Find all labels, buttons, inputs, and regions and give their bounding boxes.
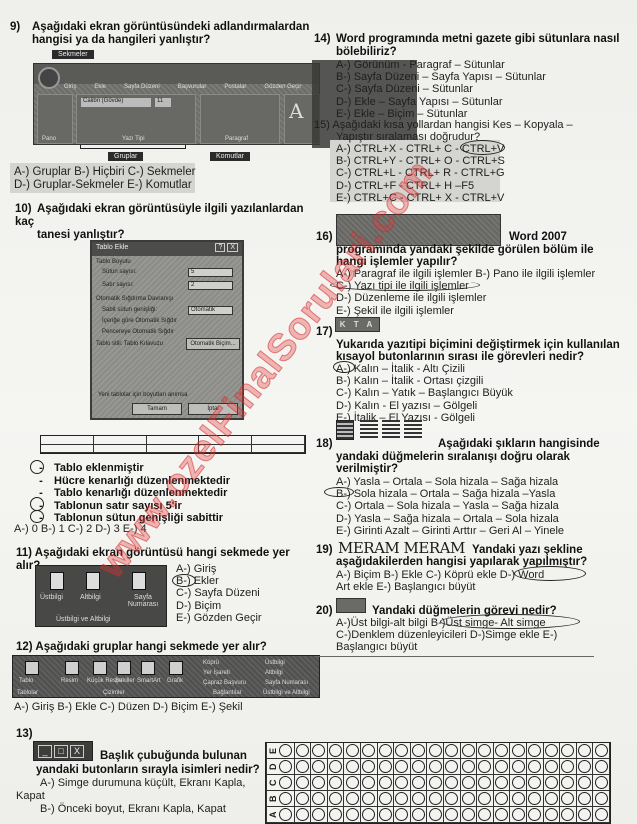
q17-number: 17) (316, 326, 333, 339)
answer-bubble[interactable] (296, 760, 309, 773)
q20-number: 20) (316, 605, 333, 618)
q9-callout-groups: Gruplar (108, 152, 143, 161)
answer-bubble[interactable] (429, 792, 442, 805)
font-group-image (336, 214, 501, 246)
page-number-icon (132, 572, 146, 590)
autofit-window-radio: Pencereye Otomatik Sığdır (102, 329, 174, 335)
option-e: E-) Girinti Azalt – Girinti Arttır – Ger… (336, 525, 564, 537)
ribbon-tab: Gözden Geçir (264, 84, 301, 94)
ribbon-label: Resim (61, 678, 78, 684)
answer-bubble[interactable] (379, 808, 392, 821)
q9-callout-commands: Komutlar (210, 152, 250, 161)
answer-bubble[interactable] (362, 808, 375, 821)
q12-heading: 12) Aşağıdaki gruplar hangi sekmede yer … (16, 641, 316, 654)
ribbon-label: SmartArt (137, 678, 161, 684)
ribbon-tab: Ekle (94, 84, 106, 94)
title-bar-buttons-image: _ □ X (33, 741, 93, 761)
q13-text-line1: Başlık çubuğunda bulunan (100, 750, 247, 763)
answer-bubble[interactable] (312, 808, 325, 821)
dialog-title: Tablo Ekle (96, 244, 128, 254)
answer-bubble[interactable] (545, 808, 558, 821)
ribbon-label: Çapraz Başvuru (203, 680, 246, 686)
q14-heading: 14)Word programında metni gazete gibi sü… (314, 33, 634, 59)
q19-options-line1: A-) Biçim B-) Ekle C-) Köprü ekle D-) Wo… (336, 569, 544, 581)
q9-groups-bracket (80, 145, 186, 149)
q9-heading: 9)Aşağıdaki ekran görüntüsündeki adlandı… (10, 21, 310, 47)
section-divider (314, 656, 594, 657)
q11-options: A-) Giriş B-) Ekler C-) Sayfa Düzeni D-)… (176, 563, 262, 624)
align-center-icon (360, 420, 378, 440)
answer-bubble[interactable] (561, 792, 574, 805)
answer-bubble[interactable] (296, 744, 309, 757)
q12-text: Aşağıdaki gruplar hangi sekmede yer alır… (35, 641, 266, 653)
office-button-icon (38, 67, 60, 89)
group-label: Üstbilgi ve Altbilgi (56, 616, 110, 623)
answer-bubble[interactable] (578, 776, 591, 789)
option-d: D-) Biçim (176, 600, 262, 612)
answer-bubble[interactable] (561, 808, 574, 821)
q12-options: A-) Giriş B-) Ekle C-) Düzen D-) Biçim E… (14, 701, 243, 713)
justify-icon (336, 420, 354, 440)
pen-circle-mark (30, 497, 44, 511)
font-size-box: 11 (155, 98, 171, 107)
q11-number: 11) (16, 547, 32, 559)
answer-bubble[interactable] (561, 760, 574, 773)
answer-bubble[interactable] (561, 744, 574, 757)
answer-bubble[interactable] (279, 776, 292, 789)
answer-bubble[interactable] (578, 760, 591, 773)
answer-bubble[interactable] (412, 744, 425, 757)
option-c: C-) CTRL+L - CTRL+ R - CTRL+G (336, 167, 505, 179)
ribbon-group-label: Bağlantılar (213, 690, 242, 696)
answer-bubble[interactable] (445, 776, 458, 789)
answer-bubble[interactable] (545, 792, 558, 805)
clipart-icon (93, 661, 107, 675)
q15-number: 15) (314, 119, 330, 131)
ribbon-label: Yer İşareti (203, 670, 230, 676)
columns-input: 5 (188, 268, 233, 277)
answer-bubble[interactable] (512, 808, 525, 821)
pen-circle-mark (514, 566, 586, 581)
styles-icon: A (289, 99, 303, 123)
answer-bubble[interactable] (329, 744, 342, 757)
answer-bubble[interactable] (429, 760, 442, 773)
answer-bubble[interactable] (545, 776, 558, 789)
answer-bubble[interactable] (478, 776, 491, 789)
answer-bubble[interactable] (512, 760, 525, 773)
option-e: E-) Şekil ile ilgili işlemler (336, 305, 595, 317)
remember-dimensions-checkbox: Yeni tablolar için boyutları anımsa (98, 392, 188, 398)
ribbon-label: Üstbilgi (265, 660, 285, 666)
answer-bubble[interactable] (495, 776, 508, 789)
q16-text-line1: Word 2007 (509, 231, 567, 244)
option-b: B-) Sola hizala – Ortala – Sağa hizala –… (336, 488, 564, 500)
answer-bubble[interactable] (395, 792, 408, 805)
option-b: B-) Kalın – İtalik - Ortası çizgili (336, 375, 513, 387)
q10-heading: 10)Aşağıdaki ekran görüntüsüyle ilgili y… (15, 203, 315, 242)
bubble-row-label: B (266, 791, 278, 806)
answer-bubble[interactable] (312, 760, 325, 773)
statement-text: Tablonun satır sayısı 5'ir (54, 500, 182, 512)
pen-circle-mark (172, 574, 196, 587)
page-number-label: Sayfa Numarası (120, 594, 166, 608)
answer-bubble[interactable] (329, 808, 342, 821)
answer-bubble[interactable] (329, 776, 342, 789)
answer-bubble[interactable] (495, 792, 508, 805)
bubble-row-a: A (266, 807, 610, 823)
q16-number: 16) (316, 231, 333, 244)
columns-label: Sütun sayısı: (102, 269, 137, 275)
answer-bubble[interactable] (412, 792, 425, 805)
answer-bubble[interactable] (512, 792, 525, 805)
ribbon-tab: Sayfa Düzeni (124, 84, 160, 94)
q9-number: 9) (10, 21, 32, 34)
answer-bubble[interactable] (528, 776, 541, 789)
answer-bubble[interactable] (429, 776, 442, 789)
option-d: D-) Düzenleme ile ilgili işlemler (336, 292, 595, 304)
q19-wordart-sample: MERAM MERAM (338, 539, 465, 557)
answer-bubble[interactable] (478, 808, 491, 821)
option-e: E-) CTRL+C - CTRL+ X - CTRL+V (336, 192, 505, 204)
q10-statements: -Tablo eklenmiştir -Hücre kenarlığı düze… (28, 462, 230, 525)
q9-options-line1: A-) Gruplar B-) Hiçbiri C-) Sekmeler (14, 166, 195, 178)
q12-number: 12) (16, 641, 33, 653)
q20-options-line2: C-)Denklem düzenleyicileri D-)Simge ekle… (336, 629, 557, 641)
q18-number: 18) (316, 438, 333, 451)
option-b: B-) CTRL+Y - CTRL+ O - CTRL+S (336, 155, 505, 167)
table-style-label: Tablo stili: Tablo Kılavuzu (96, 341, 163, 347)
ribbon-group-label: Yazı Tipi (122, 136, 145, 142)
answer-bubble[interactable] (478, 760, 491, 773)
smartart-icon (141, 661, 155, 675)
close-icon: X (227, 243, 238, 252)
q16-options: A-) Paragraf ile ilgili işlemler B-) Pan… (336, 268, 595, 317)
bubble-row-c: C (266, 775, 610, 791)
fixed-width-select: Otomatik (188, 306, 233, 315)
bubble-row-d: D (266, 759, 610, 775)
autofit-section-label: Otomatik Sığdırma Davranışı (96, 296, 173, 302)
answer-bubble[interactable] (595, 776, 608, 789)
q15-heading: 15) Aşağıdaki kısa yollardan hangisi Kes… (314, 119, 636, 131)
answer-bubble[interactable] (445, 792, 458, 805)
footer-icon (86, 572, 100, 590)
answer-bubble[interactable] (545, 760, 558, 773)
answer-bubble[interactable] (346, 776, 359, 789)
option-d: D-) CTRL+F - CTRL+ H –F5 (336, 180, 505, 192)
answer-bubble[interactable] (329, 792, 342, 805)
answer-bubble[interactable] (545, 744, 558, 757)
insert-ribbon-groups-image: Tablo Resim Küçük Resim Şekiller SmartAr… (12, 655, 320, 698)
answer-bubble[interactable] (362, 776, 375, 789)
answer-bubble[interactable] (528, 760, 541, 773)
answer-bubble[interactable] (528, 792, 541, 805)
q10-options: A-) 0 B-) 1 C-) 2 D-) 3 E-) 4 (14, 523, 147, 535)
ribbon-label: Köprü (203, 660, 219, 666)
ribbon-group-label: Çizimler (103, 690, 125, 696)
close-icon: X (70, 745, 84, 758)
fixed-width-radio: Sabit sütun genişliği: (102, 307, 157, 313)
statement-text: Tablo kenarlığı düzenlenmektedir (54, 487, 227, 499)
answer-bubble[interactable] (395, 776, 408, 789)
picture-icon (65, 661, 79, 675)
font-name-box: Calibri (Gövde) (81, 98, 151, 107)
answer-bubble[interactable] (296, 792, 309, 805)
answer-bubble[interactable] (296, 776, 309, 789)
statement-text: Hücre kenarlığı düzenlenmektedir (54, 475, 230, 487)
answer-bubble[interactable] (595, 808, 608, 821)
answer-bubble[interactable] (561, 776, 574, 789)
q13-option-a-cont: Kapat (16, 790, 45, 802)
ribbon-label: Sayfa Numarası (265, 680, 308, 686)
q15-text-line2: Yapıştır sıralaması doğrudur? (336, 131, 480, 143)
q14-text-line2: bölebiliriz? (314, 46, 634, 59)
pen-circle-mark (460, 140, 505, 155)
answer-bubble[interactable] (462, 792, 475, 805)
option-d: D-) Ekle – Sayfa Yapısı – Sütunlar (336, 96, 546, 108)
alignment-buttons-image (336, 420, 426, 440)
autoformat-button: Otomatik Biçim... (186, 338, 240, 350)
option-a: A-) Görünüm - Paragraf – Sütunlar (336, 59, 546, 71)
answer-bubble[interactable] (478, 792, 491, 805)
q17-options: A-) Kalın – İtalik - Altı Çizili B-) Kal… (336, 363, 513, 424)
maximize-icon: □ (54, 745, 68, 758)
ribbon-tab: Postalar (224, 84, 246, 94)
statement-mark: - (28, 475, 54, 488)
align-justify-icon (404, 420, 422, 440)
answer-bubble[interactable] (362, 760, 375, 773)
q20-options-line3: Başlangıcı büyüt (336, 641, 417, 653)
answer-bubble[interactable] (279, 744, 292, 757)
answer-bubble[interactable] (412, 808, 425, 821)
answer-bubble[interactable] (296, 808, 309, 821)
bubble-row-label: E (266, 743, 278, 758)
pen-underline-mark (330, 279, 480, 291)
bubble-row-label: C (266, 775, 278, 790)
ribbon-tab: Giriş (64, 84, 76, 94)
answer-bubble[interactable] (512, 744, 525, 757)
shapes-icon (117, 661, 131, 675)
q13-text-line2: yandaki butonların sırayla isimleri nedi… (36, 764, 260, 777)
pen-circle-mark (333, 361, 355, 373)
exam-page: 9)Aşağıdaki ekran görüntüsündeki adlandı… (0, 0, 637, 824)
answer-bubble[interactable] (379, 760, 392, 773)
ribbon-group-label: Paragraf (225, 136, 248, 142)
answer-bubble[interactable] (462, 760, 475, 773)
answer-bubble[interactable] (445, 760, 458, 773)
option-a: A-) Paragraf ile ilgili işlemler B-) Pan… (336, 268, 595, 280)
rows-label: Satır sayısı: (102, 282, 134, 288)
answer-bubble[interactable] (578, 808, 591, 821)
help-icon: ? (215, 243, 225, 252)
q9-options-line2: D-) Gruplar-Sekmeler E-) Komutlar (14, 179, 192, 191)
answer-bubble[interactable] (346, 808, 359, 821)
q15-text-line1: Aşağıdaki kısa yollardan hangisi Kes – K… (332, 119, 572, 131)
q9-callout-tabs: Sekmeler (52, 50, 94, 59)
answer-bubble[interactable] (379, 744, 392, 757)
ribbon-label: Grafik (167, 678, 183, 684)
header-icon (50, 572, 64, 590)
q10-text-line1: Aşağıdaki ekran görüntüsüyle ilgili yazı… (15, 203, 304, 228)
answer-bubble[interactable] (429, 808, 442, 821)
q19-number: 19) (316, 544, 333, 557)
q9-ribbon-image: Giriş Ekle Sayfa Düzeni Başvurular Posta… (33, 63, 320, 145)
option-e: E-) Gözden Geçir (176, 612, 262, 624)
ribbon-group-label: Üstbilgi ve Altbilgi (263, 690, 310, 696)
bubble-row-label: D (266, 759, 278, 774)
chart-icon (169, 661, 183, 675)
footer-label: Altbilgi (80, 594, 101, 601)
bubble-row-b: B (266, 791, 610, 807)
answer-bubble[interactable] (445, 808, 458, 821)
minimize-icon: _ (38, 745, 52, 758)
answer-bubble[interactable] (445, 744, 458, 757)
ribbon-label: Tablo (19, 678, 33, 684)
answer-bubble[interactable] (412, 760, 425, 773)
answer-bubble[interactable] (395, 808, 408, 821)
option-a: A-) Yasla – Ortala – Sola hizala – Sağa … (336, 476, 564, 488)
answer-bubble[interactable] (528, 808, 541, 821)
answer-bubble[interactable] (362, 744, 375, 757)
option-a: A-) Giriş (176, 563, 262, 575)
cancel-button: İptal (188, 403, 238, 415)
answer-bubble[interactable] (312, 792, 325, 805)
answer-bubble[interactable] (279, 760, 292, 773)
superscript-subscript-buttons-image (336, 598, 366, 613)
answer-bubble[interactable] (595, 760, 608, 773)
answer-bubble[interactable] (379, 792, 392, 805)
answer-bubble-grid: EDCBA (265, 742, 611, 824)
option-c: C-) Kalın – Yatık – Başlangıcı Büyük (336, 387, 513, 399)
answer-bubble[interactable] (429, 744, 442, 757)
q18-text-line1: Aşağıdaki şıkların hangisinde (438, 438, 600, 451)
autofit-contents-radio: İçeriğe göre Otomatik Sığdır (102, 318, 177, 324)
pen-circle-mark (30, 510, 44, 523)
answer-bubble[interactable] (395, 744, 408, 757)
q10-number: 10) (15, 203, 37, 216)
q13-number: 13) (16, 728, 33, 741)
answer-bubble[interactable] (362, 792, 375, 805)
answer-bubble[interactable] (462, 744, 475, 757)
q19-options-line2: Art ekle E-) Başlangıcı büyüt (336, 581, 475, 593)
q13-option-a: A-) Simge durumuna küçült, Ekranı Kapla, (40, 777, 245, 789)
answer-bubble[interactable] (279, 792, 292, 805)
table-insert-dialog: Tablo Ekle? X Tablo Boyutu Sütun sayısı:… (90, 240, 244, 420)
answer-bubble[interactable] (346, 760, 359, 773)
option-b: B-) Sayfa Düzeni – Sayfa Yapısı – Sütunl… (336, 71, 546, 83)
answer-bubble[interactable] (578, 744, 591, 757)
option-d: D-) Kalın - El yazısı – Gölgeli (336, 400, 513, 412)
answer-bubble[interactable] (412, 776, 425, 789)
q9-text-line1: Aşağıdaki ekran görüntüsündeki adlandırm… (32, 21, 309, 33)
q13-option-b: B-) Önceki boyut, Ekranı Kapla, Kapat (40, 803, 226, 815)
ribbon-group-label: Pano (42, 136, 56, 142)
answer-bubble[interactable] (379, 776, 392, 789)
answer-bubble[interactable] (312, 744, 325, 757)
q14-text-line1: Word programında metni gazete gibi sütun… (336, 33, 620, 45)
answer-bubble[interactable] (395, 760, 408, 773)
option-c: C-) Sayfa Düzeni (176, 587, 262, 599)
answer-bubble[interactable] (462, 776, 475, 789)
align-right-icon (382, 420, 400, 440)
q10-sample-table (40, 435, 306, 454)
q18-options: A-) Yasla – Ortala – Sola hizala – Sağa … (336, 476, 564, 537)
answer-bubble[interactable] (495, 744, 508, 757)
answer-bubble[interactable] (279, 808, 292, 821)
answer-bubble[interactable] (512, 776, 525, 789)
option-d: D-) Yasla – Sağa hizala – Ortala – Sola … (336, 513, 564, 525)
pen-circle-mark (30, 460, 44, 474)
option-c: C-) Sayfa Düzeni – Sütunlar (336, 83, 546, 95)
ribbon-label: Şekiller (115, 678, 135, 684)
answer-bubble[interactable] (595, 792, 608, 805)
q14-number: 14) (314, 33, 336, 46)
q18-text-line3: verilmiştir? (336, 463, 398, 476)
rows-input: 2 (188, 281, 233, 290)
answer-bubble[interactable] (329, 760, 342, 773)
answer-bubble[interactable] (595, 744, 608, 757)
option-a: A-) Kalın – İtalik - Altı Çizili (336, 363, 513, 375)
answer-bubble[interactable] (528, 744, 541, 757)
bubble-row-label: A (266, 807, 278, 822)
q14-options: A-) Görünüm - Paragraf – Sütunlar B-) Sa… (336, 59, 546, 120)
statement-text: Tablo eklenmiştir (54, 462, 144, 474)
ribbon-label: Altbilgi (265, 670, 283, 676)
answer-bubble[interactable] (495, 760, 508, 773)
answer-bubble[interactable] (346, 744, 359, 757)
ribbon-group-label: Tablolar (17, 690, 38, 696)
answer-bubble[interactable] (495, 808, 508, 821)
answer-bubble[interactable] (478, 744, 491, 757)
answer-bubble[interactable] (462, 808, 475, 821)
bubble-row-e: E (266, 743, 610, 759)
ribbon-tab: Başvurular (178, 84, 207, 94)
answer-bubble[interactable] (346, 792, 359, 805)
table-size-section-label: Tablo Boyutu (96, 259, 131, 265)
table-icon (25, 661, 39, 675)
pen-circle-mark (324, 487, 354, 497)
option-c: C-) Ortala – Sola hizala – Yasla – Sağa … (336, 500, 564, 512)
q9-text-line2: hangisi ya da hangileri yanlıştır? (10, 34, 310, 47)
answer-bubble[interactable] (578, 792, 591, 805)
pen-circle-mark (440, 614, 580, 629)
ok-button: Tamam (132, 403, 182, 415)
answer-bubble[interactable] (312, 776, 325, 789)
header-footer-group-image: Üstbilgi Altbilgi Sayfa Numarası Üstbilg… (35, 565, 167, 627)
bold-italic-underline-buttons-image: K T A (335, 317, 380, 332)
header-label: Üstbilgi (40, 594, 63, 601)
